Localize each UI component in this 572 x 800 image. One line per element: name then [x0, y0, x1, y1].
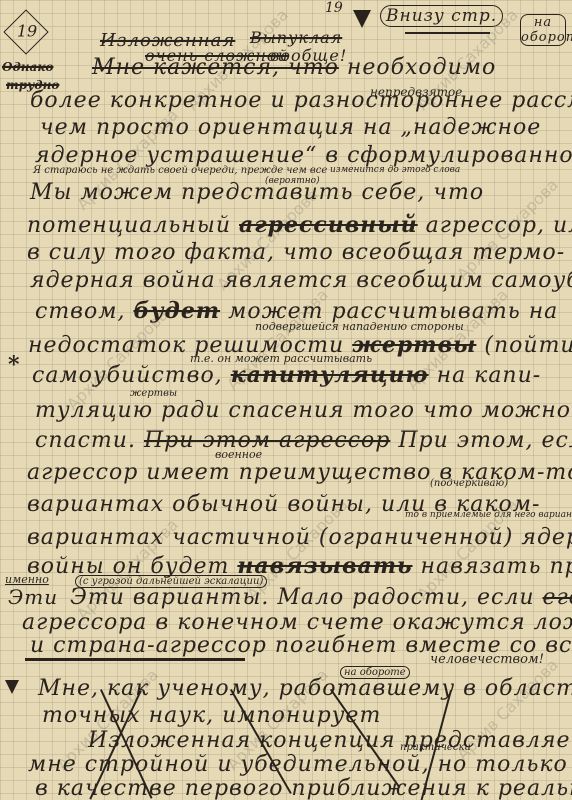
text-line: туляцию ради спасения того что можно [35, 398, 571, 423]
section-divider [25, 658, 245, 661]
text-line: точных наук, импонирует [42, 703, 381, 728]
page-number: 19 [12, 21, 42, 40]
text-line: потенциальный агрессивный агрессор, имен… [27, 212, 572, 238]
struck-header-2: Выпуклая [250, 28, 342, 47]
top-note-overleaf: на обороте [520, 14, 566, 46]
text-line: самоубийство, капитуляцию на капи- [32, 362, 541, 388]
insert-note: (вероятно) [265, 176, 320, 186]
insert-note: то в приемлемые для него варианты [405, 510, 572, 520]
margin-note: Эти [8, 585, 58, 609]
page-number-box: 19 [3, 9, 48, 54]
text-line: Мне, как ученому, работавшему в области [38, 676, 572, 701]
underline-rule [405, 32, 490, 34]
text-line: в силу того факта, что всеобщая термо- [27, 240, 565, 265]
text-line: более конкретное и разностороннее рассмо… [30, 88, 572, 113]
insert-note: изменится до этого слова [330, 165, 460, 175]
top-note-bottom: Внизу стр. [380, 6, 503, 26]
text-line: в качестве первого приближения к реально… [35, 776, 572, 800]
insert-note: Я стараюсь не ждать своей очереди, прежд… [33, 165, 327, 176]
asterisk-mark: * [8, 352, 20, 378]
text-line: чем просто ориентация на „надежное [40, 115, 541, 140]
text-line: агрессора в конечном счете окажутся ложн… [22, 610, 572, 635]
text-line: ядерная война является всеобщим самоуби- [30, 268, 572, 293]
triangle-marker-icon [5, 680, 19, 694]
text-line: человечеством! [430, 652, 544, 667]
text-line: Мы можем представить себе, что [30, 180, 484, 205]
text-line: вариантах частичной (ограниченной) ядерн… [27, 525, 572, 550]
page-number-top: 19 [325, 0, 343, 16]
text-line: Эти варианты. Мало радости, если его над… [70, 585, 572, 610]
text-line: Мне кажется, что необходимо [92, 55, 496, 80]
margin-note: Однако [2, 60, 53, 74]
text-line: спасти. При этом агрессор При этом, если [35, 428, 572, 453]
manuscript-page: Архив Сахарова Архив Сахарова Архив Саха… [0, 0, 572, 800]
text-line: Изложенная концепция представляется [88, 728, 572, 753]
insert-note: (подчеркиваю) [430, 478, 508, 489]
triangle-marker-icon [353, 10, 371, 28]
